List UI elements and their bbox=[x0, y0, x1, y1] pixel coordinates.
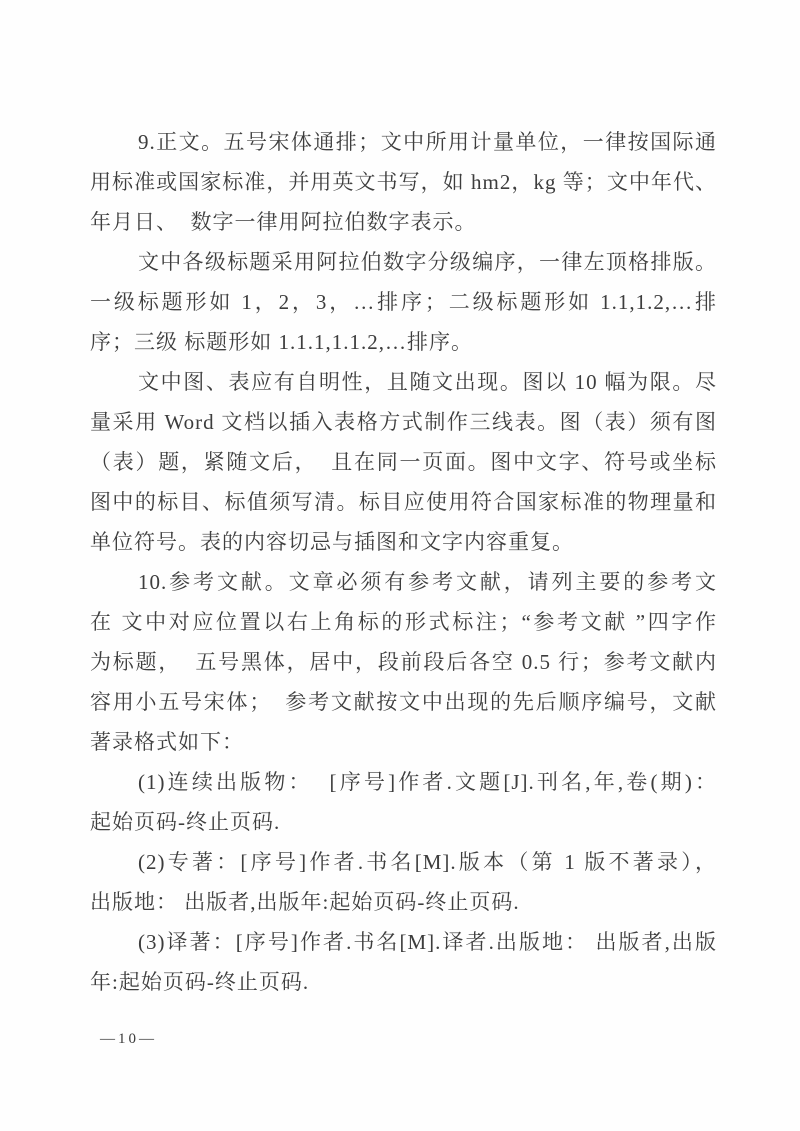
page-number: —10— bbox=[100, 1029, 157, 1049]
text-line: 在 文中对应位置以右上角标的形式标注；“参考文献 ”四字作 bbox=[90, 602, 717, 642]
paragraph: 10.参考文献。文章必须有参考文献，请列主要的参考文献， 在 文中对应位置以右上… bbox=[90, 562, 717, 762]
text-line: （表）题，紧随文后， 且在同一页面。图中文字、符号或坐标 bbox=[90, 442, 717, 482]
text-line: 序；三级 标题形如 1.1.1,1.1.2,…排序。 bbox=[90, 322, 717, 362]
text-line: 年:起始页码-终止页码. bbox=[90, 962, 717, 1002]
text-line: 文中各级标题采用阿拉伯数字分级编序，一律左顶格排版。 bbox=[90, 242, 717, 282]
document-body: 9.正文。五号宋体通排；文中所用计量单位，一律按国际通 用标准或国家标准，并用英… bbox=[90, 122, 717, 1002]
paragraph: (1)连续出版物： [序号]作者.文题[J].刊名,年,卷(期)： 起始页码-终… bbox=[90, 762, 717, 842]
text-line: (2)专著：[序号]作者.书名[M].版本（第 1 版不著录）， bbox=[90, 842, 717, 882]
text-line: 一级标题形如 1，2，3，…排序；二级标题形如 1.1,1.2,…排 bbox=[90, 282, 717, 322]
text-line: 用标准或国家标准，并用英文书写，如 hm2，kg 等；文中年代、 bbox=[90, 162, 717, 202]
paragraph: 9.正文。五号宋体通排；文中所用计量单位，一律按国际通 用标准或国家标准，并用英… bbox=[90, 122, 717, 242]
text-line: 年月日、 数字一律用阿拉伯数字表示。 bbox=[90, 202, 717, 242]
document-page: 9.正文。五号宋体通排；文中所用计量单位，一律按国际通 用标准或国家标准，并用英… bbox=[0, 0, 800, 1131]
text-line: 起始页码-终止页码. bbox=[90, 802, 717, 842]
text-line: 文中图、表应有自明性，且随文出现。图以 10 幅为限。尽 bbox=[90, 362, 717, 402]
paragraph: (2)专著：[序号]作者.书名[M].版本（第 1 版不著录）， 出版地： 出版… bbox=[90, 842, 717, 922]
paragraph: 文中图、表应有自明性，且随文出现。图以 10 幅为限。尽 量采用 Word 文档… bbox=[90, 362, 717, 562]
text-line: (1)连续出版物： [序号]作者.文题[J].刊名,年,卷(期)： bbox=[90, 762, 717, 802]
text-line: 著录格式如下： bbox=[90, 722, 717, 762]
text-line: 图中的标目、标值须写清。标目应使用符合国家标准的物理量和 bbox=[90, 482, 717, 522]
text-line: 容用小五号宋体； 参考文献按文中出现的先后顺序编号，文献 bbox=[90, 682, 717, 722]
text-line: 单位符号。表的内容切忌与插图和文字内容重复。 bbox=[90, 522, 717, 562]
text-line: 9.正文。五号宋体通排；文中所用计量单位，一律按国际通 bbox=[90, 122, 717, 162]
text-line: (3)译著：[序号]作者.书名[M].译者.出版地： 出版者,出版 bbox=[90, 922, 717, 962]
text-line: 出版地： 出版者,出版年:起始页码-终止页码. bbox=[90, 882, 717, 922]
paragraph: (3)译著：[序号]作者.书名[M].译者.出版地： 出版者,出版 年:起始页码… bbox=[90, 922, 717, 1002]
text-line: 为标题， 五号黑体，居中，段前段后各空 0.5 行；参考文献内 bbox=[90, 642, 717, 682]
paragraph: 文中各级标题采用阿拉伯数字分级编序，一律左顶格排版。 一级标题形如 1，2，3，… bbox=[90, 242, 717, 362]
text-line: 10.参考文献。文章必须有参考文献，请列主要的参考文献， bbox=[90, 562, 717, 602]
text-line: 量采用 Word 文档以插入表格方式制作三线表。图（表）须有图 bbox=[90, 402, 717, 442]
